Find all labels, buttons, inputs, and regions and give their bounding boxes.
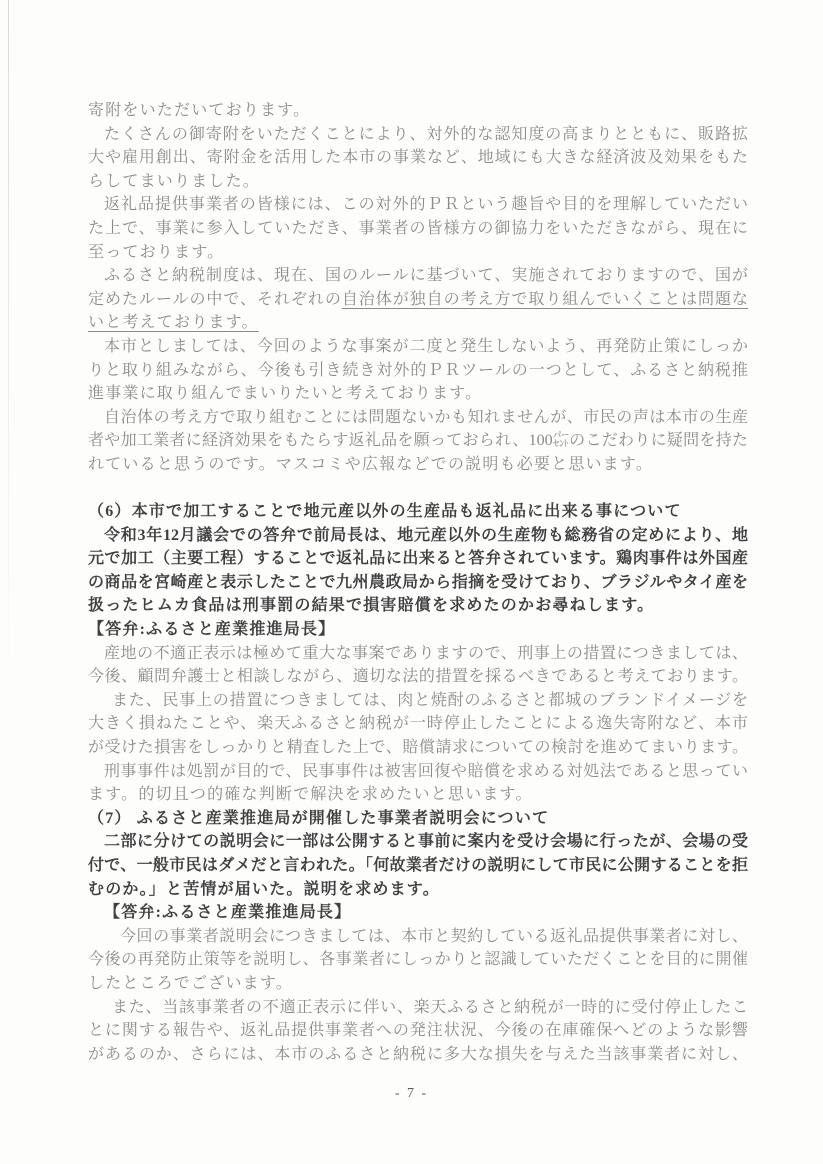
text-run: 二部に分けての説明会に一部は公開すると事前に案内を受け会場に行ったが、会場の受: [104, 833, 748, 850]
text-line: 今後の再発防止策等を説明し、各事業者にしっかりと認識していただくことを目的に開催: [88, 948, 748, 972]
text-run: ふるさと納税制度は、現在、国のルールに基づいて、実施されておりますので、国が: [104, 267, 748, 284]
text-line: 元で加工（主要工程）することで返礼品に出来ると答弁されています。鶏肉事件は外国産: [88, 547, 748, 571]
text-line: 本市としましては、今回のような事案が二度と発生しないよう、再発防止策にしっか: [88, 335, 748, 359]
text-line: （6）本市で加工することで地元産以外の生産品も返礼品に出来る事について: [88, 500, 748, 524]
text-line: 今後、顧問弁護士と相談しながら、適切な法的措置を採るべきであると考えております。: [88, 665, 748, 689]
text-line: 付で、一般市民はダメだと言われた。「何故業者だけの説明にして市民に公開することを…: [88, 854, 748, 878]
text-line: 扱ったヒムカ食品は刑事罰の結果で損害賠償を求めたのかお尋ねします。: [88, 594, 748, 618]
text-run: 本市としましては、今回のような事案が二度と発生しないよう、再発防止策にしっか: [104, 338, 748, 355]
text-run: の商品を宮崎産と表示したことで九州農政局から指摘を受けており、ブラジルやタイ産を: [88, 574, 748, 591]
scan-edge-artifact: [8, 0, 9, 698]
text-line: た上で、事業に参入していただき、事業者の皆様方の御協力をいただきながら、現在に: [88, 217, 748, 241]
text-line: とに関する報告や、返礼品提供事業者への発注状況、今後の在庫確保へどのような影響: [88, 1019, 748, 1043]
text-line: 【答弁:ふるさと産業推進局長】: [88, 901, 748, 925]
text-run: があるのか、さらには、本市のふるさと納税に多大な損失を与えた当該事業者に対し、: [88, 1046, 748, 1063]
text-line: らしてまいりました。: [88, 170, 748, 194]
text-line: が受けた損害をしっかりと精査した上で、賠償請求についての検討を進めてまいります。: [88, 736, 748, 760]
text-line: 至っております。: [88, 241, 748, 265]
text-line: 大や雇用創出、寄附金を活用した本市の事業など、地域にも大きな経済波及効果をもた: [88, 146, 748, 170]
text-line: たくさんの御寄附をいただくことにより、対外的な認知度の高まりとともに、販路拡: [88, 123, 748, 147]
text-line: 寄附をいただいております。: [88, 99, 748, 123]
text-line: 自治体の考え方で取り組むことには問題ないかも知れませんが、市民の声は本市の生産: [88, 406, 748, 430]
text-run: 今後の再発防止策等を説明し、各事業者にしっかりと認識していただくことを目的に開催: [88, 951, 748, 968]
text-line: むのか。」と苦情が届いた。説明を求めます。: [88, 878, 748, 902]
text-run: 元で加工（主要工程）することで返礼品に出来ると答弁されています。鶏肉事件は外国産: [88, 550, 748, 567]
text-line: 大きく損ねたことや、楽天ふるさと納税が一時停止したことによる逸失寄附など、本市: [88, 712, 748, 736]
text-run: また、当該事業者の不適正表示に伴い、楽天ふるさと納税が一時的に受付停止したこ: [112, 999, 748, 1016]
text-run: 今回の事業者説明会につきましては、本市と契約している返礼品提供事業者に対し、: [120, 928, 748, 945]
text-line: れていると思うのです。マスコミや広報などでの説明も必要と思います。: [88, 453, 748, 477]
text-line: 定めたルールの中で、それぞれの自治体が独自の考え方で取り組んでいくことは問題な: [88, 288, 748, 312]
text-run: が受けた損害をしっかりと精査した上で、賠償請求についての検討を進めてまいります。: [88, 739, 748, 756]
text-run: 付で、一般市民はダメだと言われた。「何故業者だけの説明にして市民に公開することを…: [88, 857, 748, 874]
text-run: （7） ふるさと産業推進局が開催した事業者説明会について: [88, 810, 549, 827]
text-line: ふるさと納税制度は、現在、国のルールに基づいて、実施されておりますので、国が: [88, 264, 748, 288]
scanned-document-page: 寄附をいただいております。たくさんの御寄附をいただくことにより、対外的な認知度の…: [0, 0, 823, 1164]
page-footer: - 7 -: [0, 1086, 823, 1102]
text-run: 定めたルールの中で、それぞれの: [88, 291, 342, 308]
text-line: 刑事事件は処罰が目的で、民事事件は被害回復や賠償を求める対処法であると思ってい: [88, 760, 748, 784]
text-run: 刑事事件は処罰が目的で、民事事件は被害回復や賠償を求める対処法であると思ってい: [104, 763, 748, 780]
text-run: 寄附をいただいております。: [88, 102, 310, 119]
text-run: 産地の不適正表示は極めて重大な事案でありますので、刑事上の措置につきましては、: [104, 645, 748, 662]
text-run: 今後、顧問弁護士と相談しながら、適切な法的措置を採るべきであると考えております。: [88, 668, 748, 685]
text-line: また、当該事業者の不適正表示に伴い、楽天ふるさと納税が一時的に受付停止したこ: [88, 996, 748, 1020]
text-line: 者や加工業者に経済効果をもたらす返礼品を願っておられ、100㌫のこだわりに疑問を…: [88, 429, 748, 453]
text-run: 【答弁:ふるさと産業推進局長】: [88, 621, 335, 638]
text-run: 【答弁:ふるさと産業推進局長】: [104, 904, 351, 921]
text-line: （7） ふるさと産業推進局が開催した事業者説明会について: [88, 807, 748, 831]
text-run: 至っております。: [88, 244, 224, 261]
text-line: があるのか、さらには、本市のふるさと納税に多大な損失を与えた当該事業者に対し、: [88, 1043, 748, 1067]
text-run: 進事業に取り組んでまいりたいと考えております。: [88, 385, 482, 402]
text-run: 令和3年12月議会での答弁で前局長は、地元産以外の生産物も総務省の定めにより、地: [104, 527, 748, 544]
text-line: 令和3年12月議会での答弁で前局長は、地元産以外の生産物も総務省の定めにより、地: [88, 524, 748, 548]
text-line: したところでございます。: [88, 972, 748, 996]
text-line: 進事業に取り組んでまいりたいと考えております。: [88, 382, 748, 406]
underlined-text: 自治体が独自の考え方で取り組んでいくことは問題な: [342, 291, 748, 308]
text-run: 返礼品提供事業者の皆様には、この対外的ＰＲという趣旨や目的を理解していただい: [104, 196, 748, 213]
text-run: たくさんの御寄附をいただくことにより、対外的な認知度の高まりとともに、販路拡: [104, 126, 748, 143]
underlined-text: いと考えております。: [88, 314, 259, 331]
document-body: 寄附をいただいております。たくさんの御寄附をいただくことにより、対外的な認知度の…: [88, 99, 748, 1066]
text-run: 自治体の考え方で取り組むことには問題ないかも知れませんが、市民の声は本市の生産: [104, 409, 748, 426]
text-run: （6）本市で加工することで地元産以外の生産品も返礼品に出来る事について: [88, 503, 682, 520]
text-line: いと考えております。: [88, 311, 748, 335]
text-run: むのか。」と苦情が届いた。説明を求めます。: [88, 881, 440, 898]
text-run: また、民事上の措置につきましては、肉と焼酎のふるさと都城のブランドイメージを: [112, 692, 748, 709]
text-line: ます。的切且つ的確な判断で解決を求めたいと思います。: [88, 783, 748, 807]
text-line: の商品を宮崎産と表示したことで九州農政局から指摘を受けており、ブラジルやタイ産を: [88, 571, 748, 595]
text-line: 今回の事業者説明会につきましては、本市と契約している返礼品提供事業者に対し、: [88, 925, 748, 949]
text-run: 大きく損ねたことや、楽天ふるさと納税が一時停止したことによる逸失寄附など、本市: [88, 715, 748, 732]
text-run: 大や雇用創出、寄附金を活用した本市の事業など、地域にも大きな経済波及効果をもた: [88, 149, 748, 166]
text-line: 返礼品提供事業者の皆様には、この対外的ＰＲという趣旨や目的を理解していただい: [88, 193, 748, 217]
text-line: 【答弁:ふるさと産業推進局長】: [88, 618, 748, 642]
text-line: また、民事上の措置につきましては、肉と焼酎のふるさと都城のブランドイメージを: [88, 689, 748, 713]
text-run: 者や加工業者に経済効果をもたらす返礼品を願っておられ、100㌫のこだわりに疑問を…: [88, 432, 748, 449]
text-line: りと取り組みながら、今後も引き続き対外的ＰＲツールの一つとして、ふるさと納税推: [88, 359, 748, 383]
text-run: とに関する報告や、返礼品提供事業者への発注状況、今後の在庫確保へどのような影響: [88, 1022, 748, 1039]
text-line: 産地の不適正表示は極めて重大な事案でありますので、刑事上の措置につきましては、: [88, 642, 748, 666]
text-run: 扱ったヒムカ食品は刑事罰の結果で損害賠償を求めたのかお尋ねします。: [88, 597, 654, 614]
text-run: ます。的切且つ的確な判断で解決を求めたいと思います。: [88, 786, 533, 803]
text-run: したところでございます。: [88, 975, 293, 992]
blank-line: [88, 477, 748, 501]
text-run: た上で、事業に参入していただき、事業者の皆様方の御協力をいただきながら、現在に: [88, 220, 748, 237]
text-run: らしてまいりました。: [88, 173, 260, 190]
text-run: れていると思うのです。マスコミや広報などでの説明も必要と思います。: [88, 456, 653, 473]
page-number: - 7 -: [395, 1086, 428, 1101]
text-run: りと取り組みながら、今後も引き続き対外的ＰＲツールの一つとして、ふるさと納税推: [88, 362, 748, 379]
text-line: 二部に分けての説明会に一部は公開すると事前に案内を受け会場に行ったが、会場の受: [88, 830, 748, 854]
